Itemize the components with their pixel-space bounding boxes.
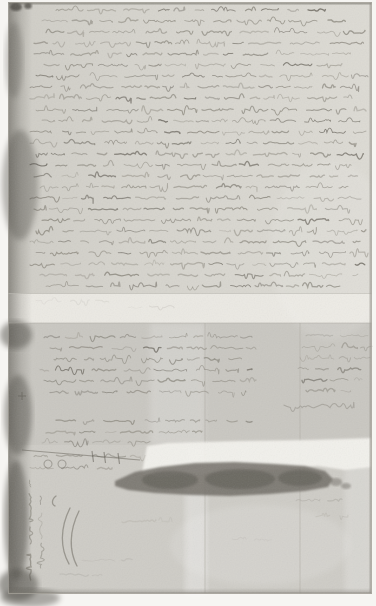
facsimile-page bbox=[0, 0, 376, 606]
paper-grain-overlay bbox=[8, 2, 372, 594]
manuscript-plate bbox=[0, 0, 376, 606]
